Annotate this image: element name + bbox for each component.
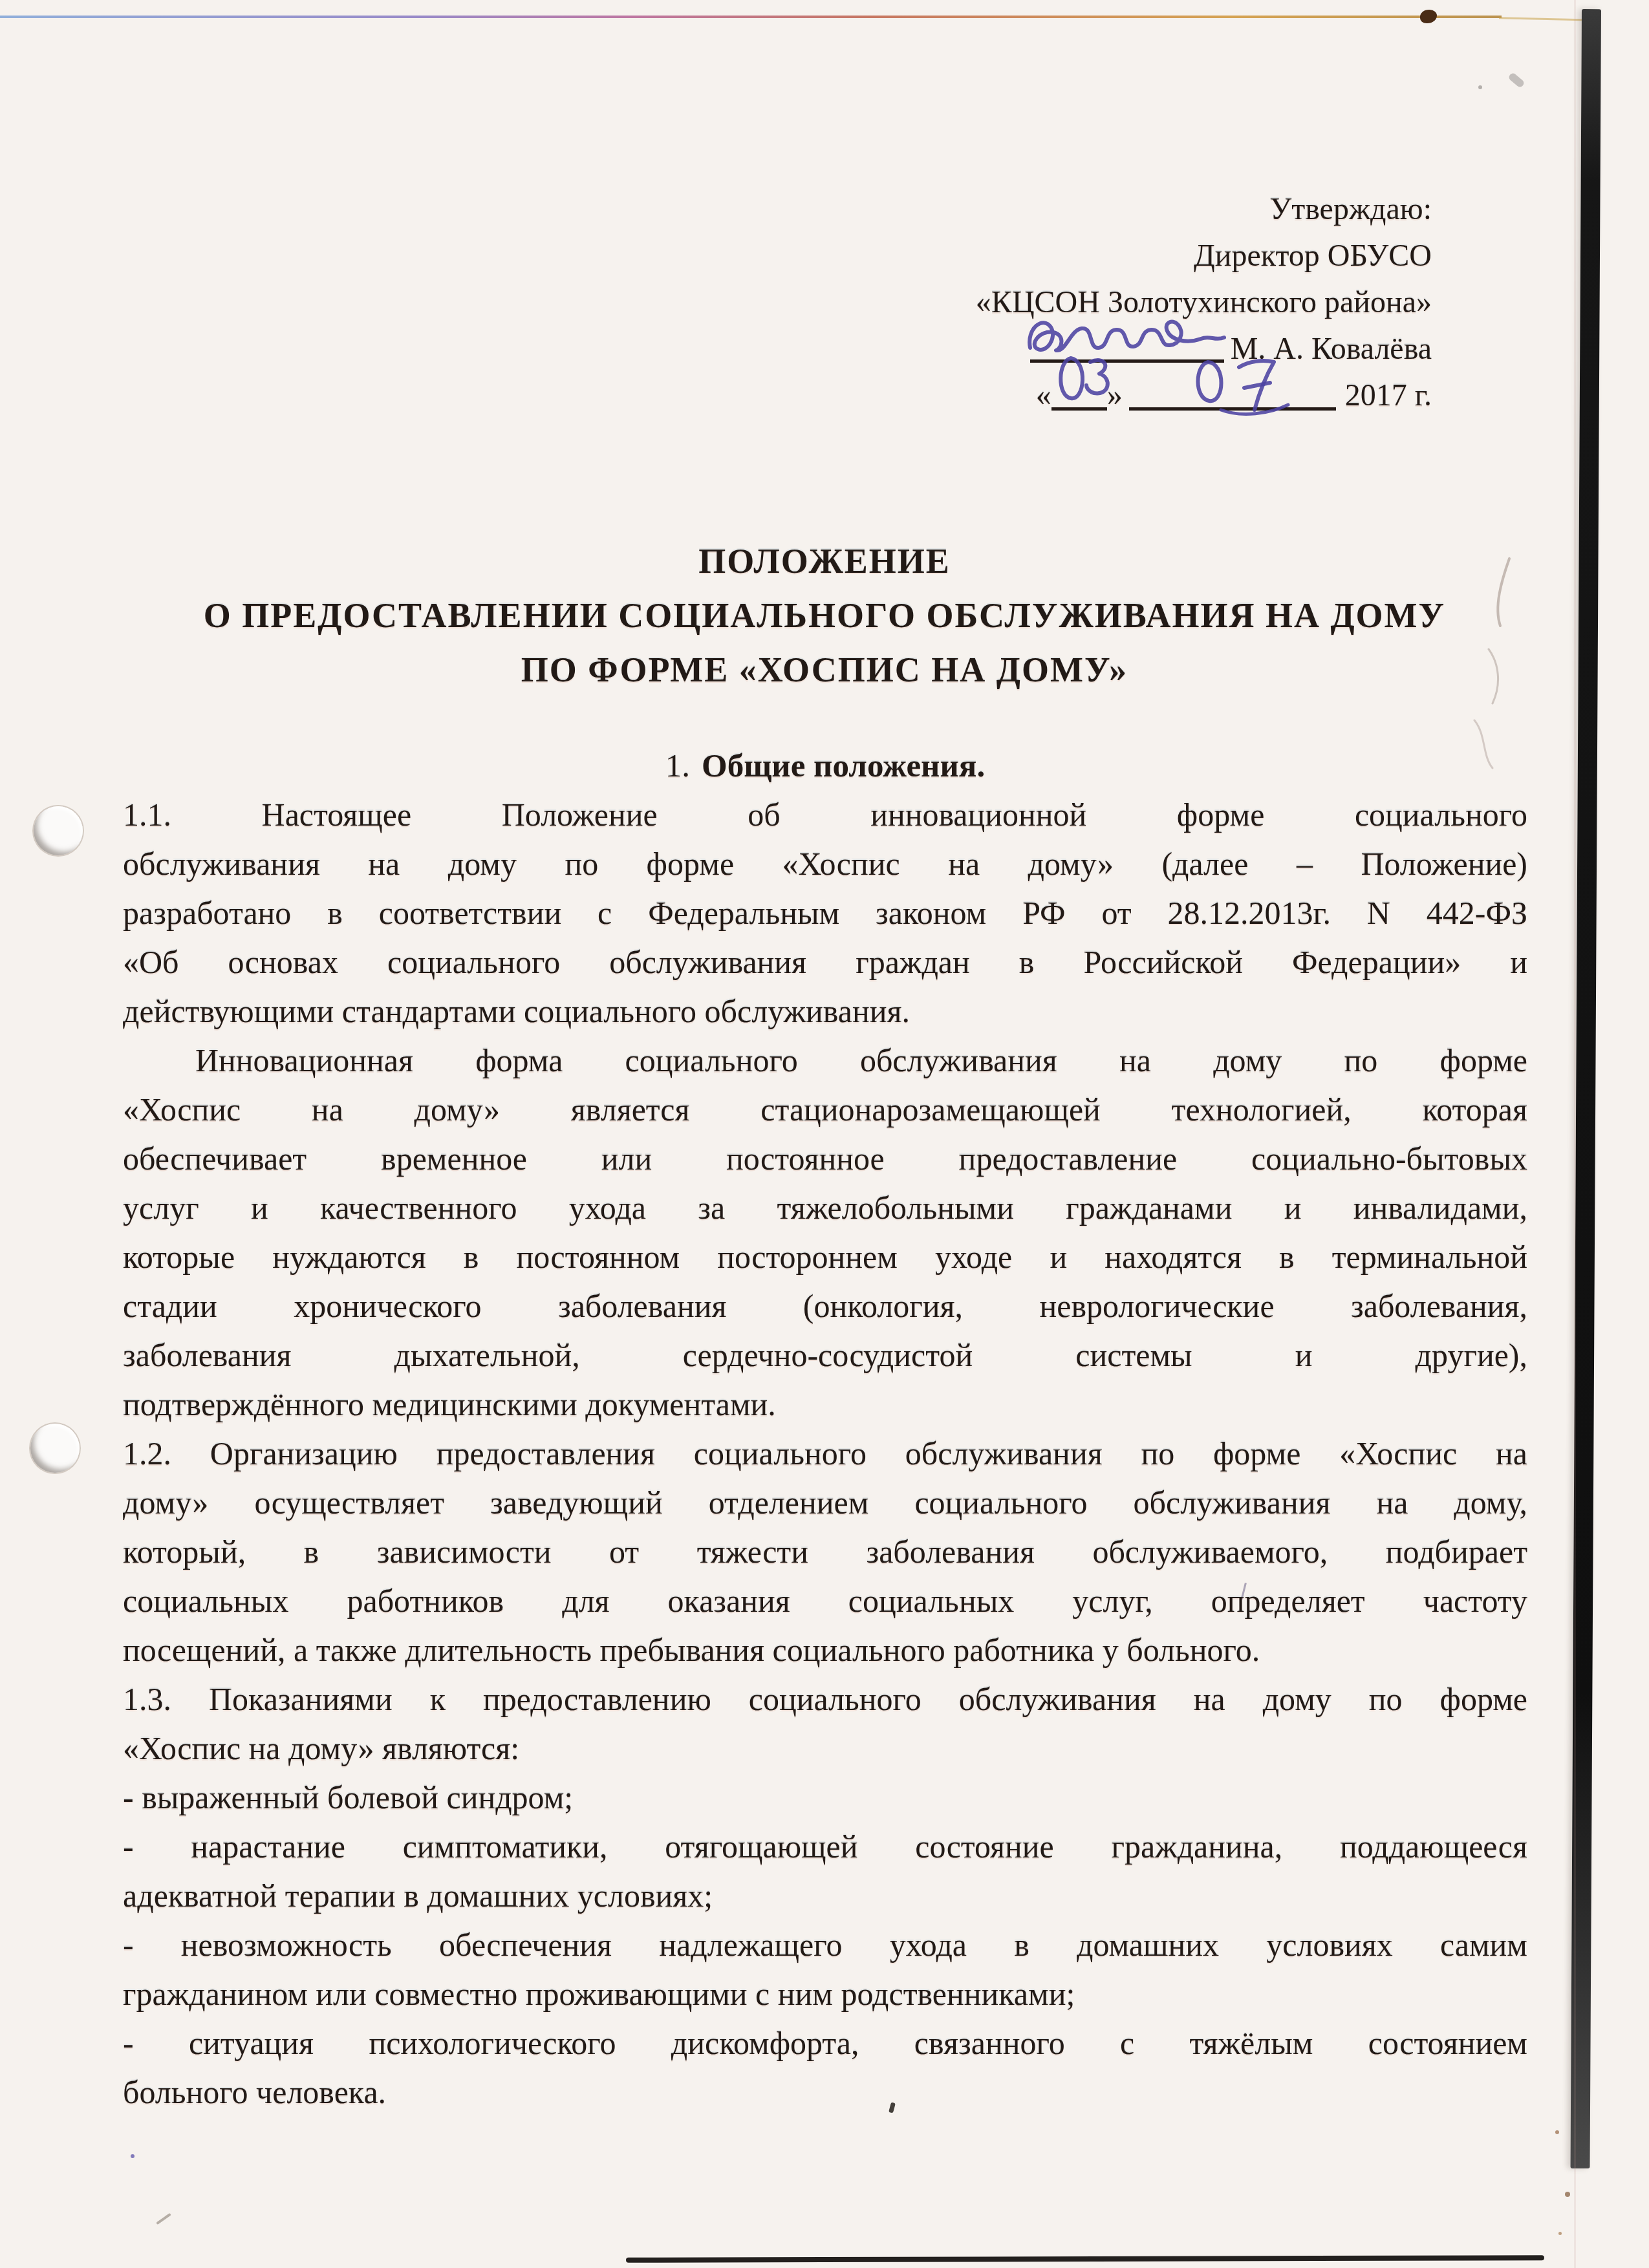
scan-speck [1558,2232,1562,2235]
body-line: - нарастание симптоматики, отягощающей с… [123,1822,1527,1871]
body-line: 1.2. Организацию предоставления социальн… [123,1429,1527,1478]
scan-artifact-top-line [0,16,1502,18]
approval-line-approve: Утверждаю: [976,186,1432,233]
scan-artifact-next-page-edge [626,2255,1544,2263]
body-line: услуг и качественного ухода за тяжелобол… [123,1183,1527,1232]
body-line: больного человека. [123,2068,1527,2117]
body-line: «Хоспис на дому» являются: [123,1724,1527,1773]
title-line-2: О ПРЕДОСТАВЛЕНИИ СОЦИАЛЬНОГО ОБСЛУЖИВАНИ… [0,588,1649,643]
scan-speck [131,2154,135,2158]
scan-speck [1565,2192,1570,2197]
hole-punch-bottom [30,1424,80,1473]
body-line: посещений, а также длительность пребыван… [123,1625,1527,1674]
approval-date-row: « » 2017 г. [976,372,1432,419]
handwritten-day [1048,336,1119,414]
scan-speck [1555,2130,1559,2134]
date-year: 2017 г. [1345,378,1432,412]
body-line: «Хоспис на дому» является стационарозаме… [123,1085,1527,1134]
document-title: ПОЛОЖЕНИЕ О ПРЕДОСТАВЛЕНИИ СОЦИАЛЬНОГО О… [0,534,1649,697]
body-line: 1.3. Показаниями к предоставлению социал… [123,1674,1527,1724]
title-line-1: ПОЛОЖЕНИЕ [0,534,1649,588]
section-heading: 1.Общие положения. [123,747,1527,785]
body-paragraphs: 1.1. Настоящее Положение об инновационно… [123,790,1527,2117]
section-title: Общие положения. [702,748,985,784]
body-line: обслуживания на дому по форме «Хоспис на… [123,839,1527,888]
title-line-3: ПО ФОРМЕ «ХОСПИС НА ДОМУ» [0,643,1649,697]
scan-artifact-ink-blob [1420,10,1437,23]
document-page: Утверждаю: Директор ОБУСО «КЦСОН Золотух… [0,0,1649,2268]
scan-speck [1478,85,1482,89]
hole-punch-top [34,806,83,855]
body-line: стадии хронического заболевания (онколог… [123,1281,1527,1331]
scan-speck [1507,72,1525,89]
body-line: подтверждённого медицинскими документами… [123,1380,1527,1429]
body-line: гражданином или совместно проживающими с… [123,1969,1527,2018]
section-number: 1. [665,748,690,784]
date-month-line [1129,376,1336,411]
body-line: Инновационная форма социального обслужив… [123,1036,1527,1085]
body-line: - невозможность обеспечения надлежащего … [123,1920,1527,1969]
body-line: разработано в соответствии с Федеральным… [123,888,1527,937]
body-line: обеспечивает временное или постоянное пр… [123,1134,1527,1183]
scan-artifact-crease-line [1574,0,1576,2268]
body-line: - выраженный болевой синдром; [123,1773,1527,1822]
body-line: дому» осуществляет заведующий отделением… [123,1478,1527,1527]
approval-line-director: Директор ОБУСО [976,233,1432,279]
body-line: - ситуация психологического дискомфорта,… [123,2018,1527,2068]
date-day-line [1051,376,1107,411]
handwritten-month [1180,334,1302,418]
body-line: «Об основах социального обслуживания гра… [123,937,1527,987]
body-line: адекватной терапии в домашних условиях; [123,1871,1527,1920]
body-line: который, в зависимости от тяжести заболе… [123,1527,1527,1576]
approval-block: Утверждаю: Директор ОБУСО «КЦСОН Золотух… [976,186,1432,419]
body-line: социальных работников для оказания социа… [123,1576,1527,1625]
body-line: действующими стандартами социального обс… [123,987,1527,1036]
scan-speck [156,2213,171,2225]
body-line: 1.1. Настоящее Положение об инновационно… [123,790,1527,839]
body-line: заболевания дыхательной, сердечно-сосуди… [123,1331,1527,1380]
body-line: которые нуждаются в постоянном посторонн… [123,1232,1527,1281]
